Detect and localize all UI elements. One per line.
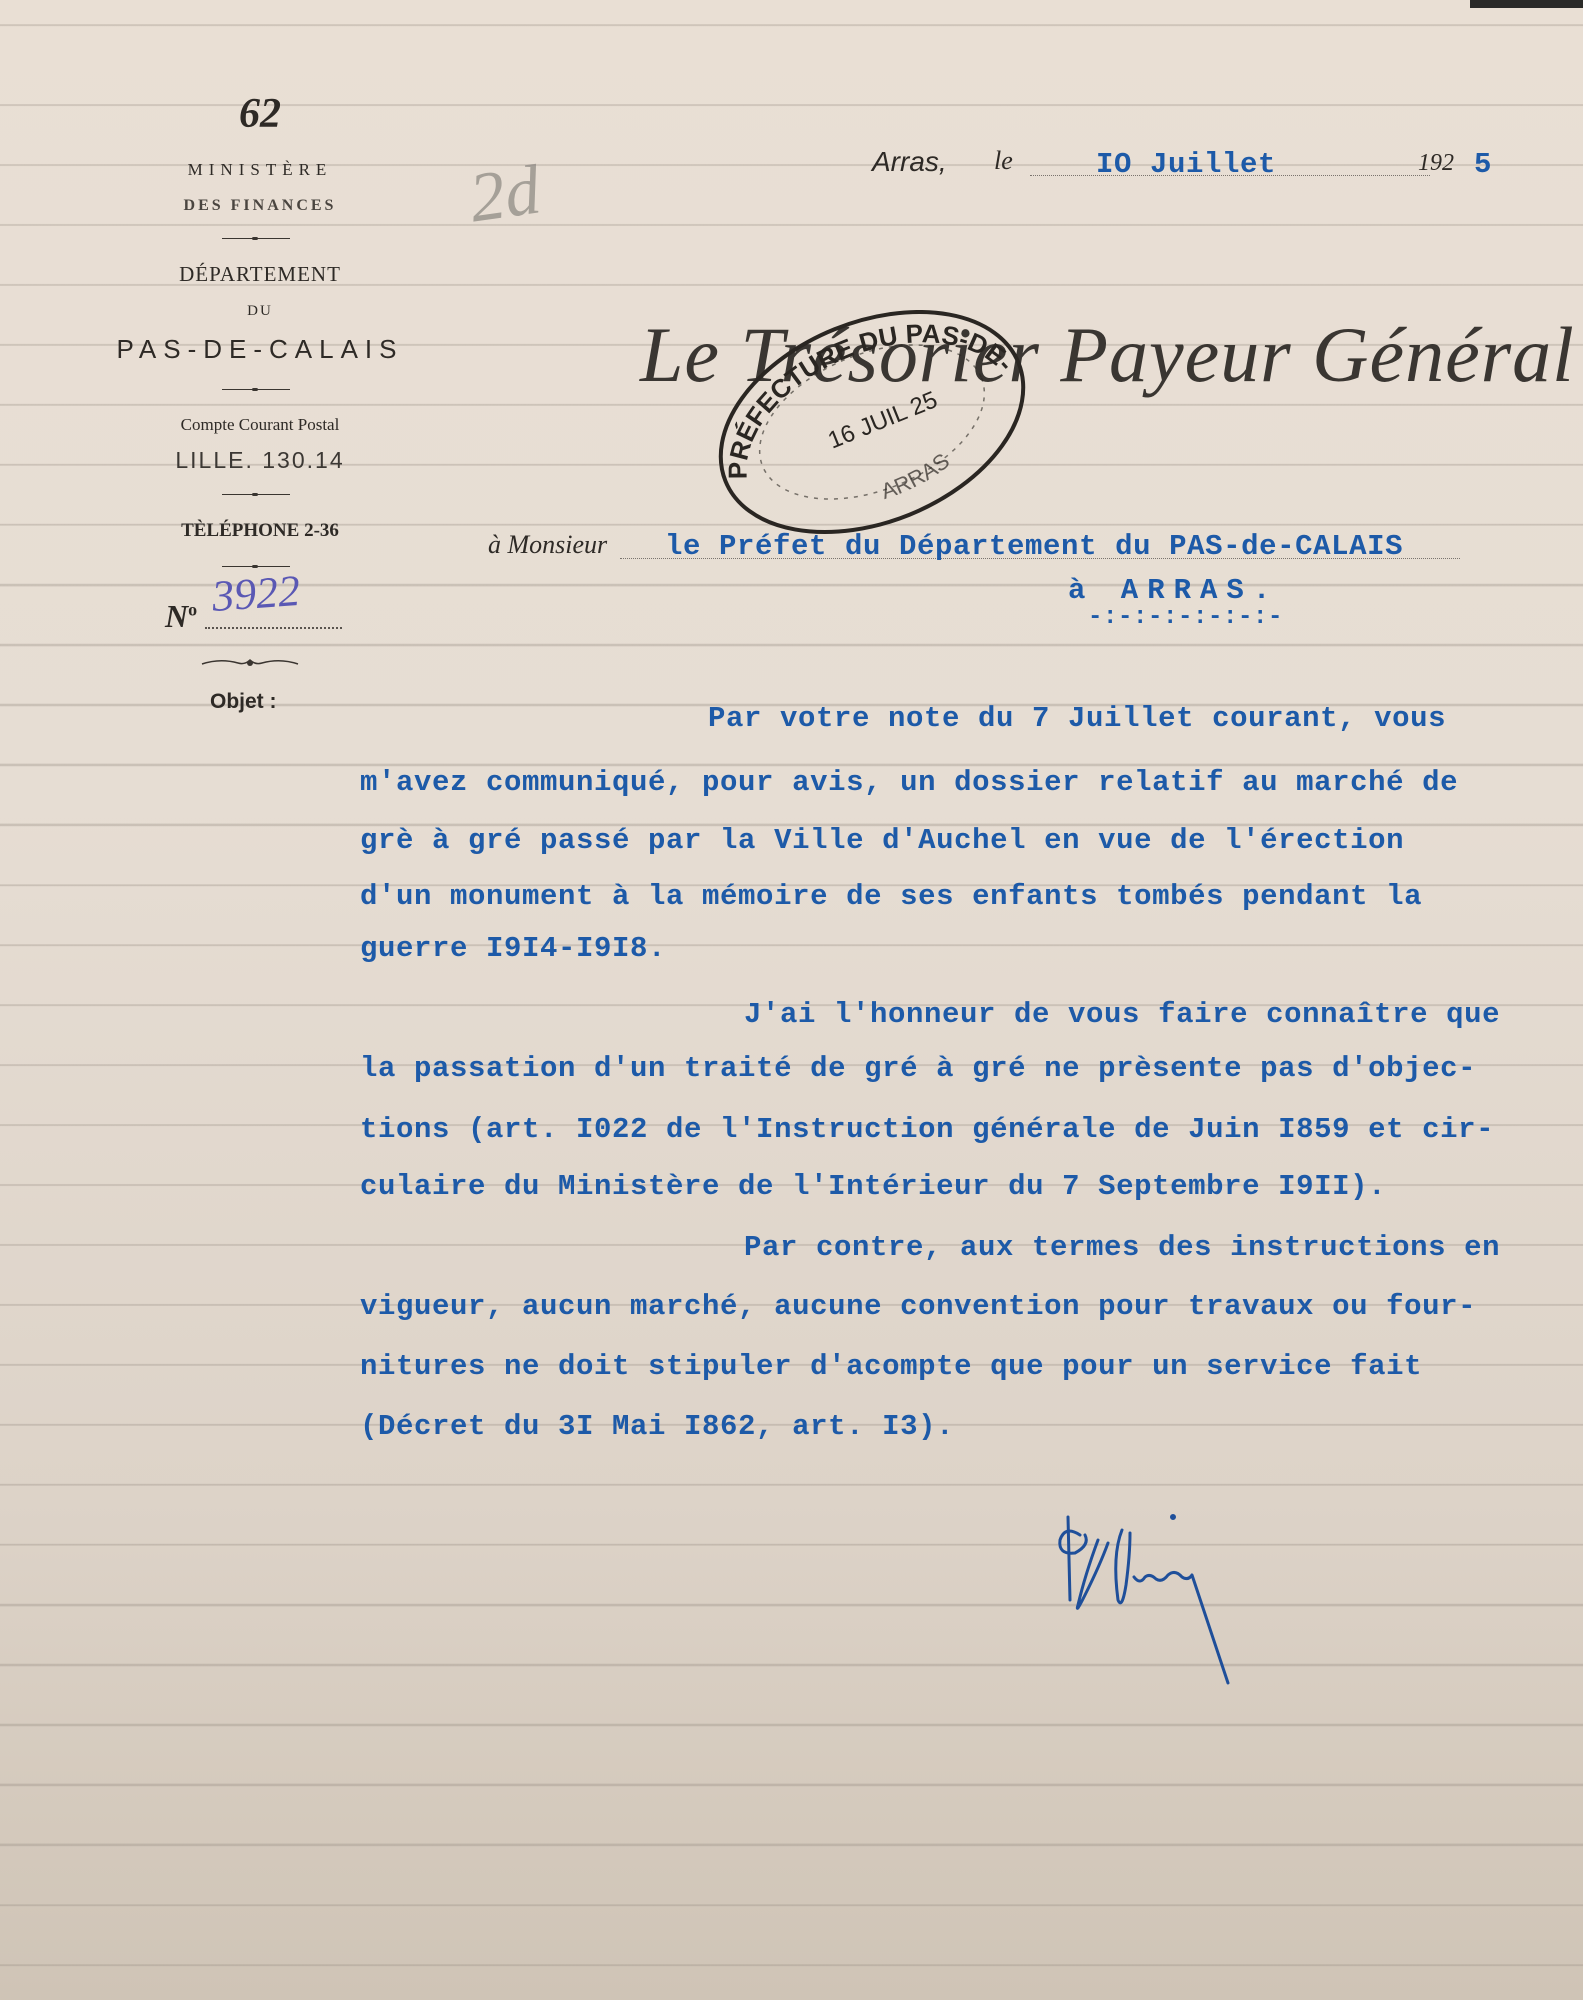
body-line: m'avez communiqué, pour avis, un dossier… <box>360 766 1458 799</box>
body-line: guerre I9I4-I9I8. <box>360 932 666 965</box>
year-printed: 192 <box>1418 150 1454 177</box>
divider <box>222 238 290 239</box>
handwritten-signature-icon <box>1030 1495 1260 1695</box>
telephone: TÈLÉPHONE 2-36 <box>90 520 430 542</box>
body-line: culaire du Ministère de l'Intérieur du 7… <box>360 1170 1386 1203</box>
number-label: No <box>165 598 197 635</box>
body-line: Par contre, aux termes des instructions … <box>744 1231 1500 1264</box>
letterhead-code: 62 <box>90 90 430 138</box>
number-label-text: N <box>165 598 188 634</box>
department-line3: PAS-DE-CALAIS <box>90 334 430 365</box>
stamp-text-top: PRÉFECTURE DU PAS-DE-CALAIS <box>705 310 1025 496</box>
body-line: nitures ne doit stipuler d'acompte que p… <box>360 1350 1422 1383</box>
object-label: Objet : <box>210 690 277 714</box>
stamp-date: 16 JUIL 25 <box>824 386 941 454</box>
department-line2: DU <box>90 303 430 320</box>
body-line: tions (art. I022 de l'Instruction généra… <box>360 1113 1494 1146</box>
date-le: le <box>994 146 1013 176</box>
date-place: Arras, <box>872 146 947 178</box>
pencil-annotation: 2d <box>465 151 545 240</box>
recipient-line1: le Préfet du Département du PAS-de-CALAI… <box>665 530 1403 563</box>
recipient-separator: -:-:-:-:-:-:- <box>1088 604 1283 631</box>
divider <box>222 389 290 390</box>
number-label-suffix: o <box>188 599 197 619</box>
date-typed: IO Juillet <box>1096 148 1276 181</box>
body-line: la passation d'un traité de gré à gré ne… <box>360 1052 1476 1085</box>
ministry-line1: MINISTÈRE <box>90 160 430 180</box>
year-typed: 5 <box>1474 148 1492 181</box>
body-line: J'ai l'honneur de vous faire connaître q… <box>744 998 1500 1031</box>
body-line: vigueur, aucun marché, aucune convention… <box>360 1290 1476 1323</box>
body-line: (Décret du 3I Mai I862, art. I3). <box>360 1410 954 1443</box>
body-line: grè à gré passé par la Ville d'Auchel en… <box>360 824 1404 857</box>
recipient-prefix: à Monsieur <box>488 530 607 560</box>
number-value: 3922 <box>210 565 301 622</box>
number-dotted-line <box>205 627 342 629</box>
divider <box>222 494 290 495</box>
ministry-line2: DES FINANCES <box>90 197 430 215</box>
department-line1: DÉPARTEMENT <box>90 262 430 287</box>
postal-account-value: LILLE. 130.14 <box>90 447 430 474</box>
postal-account-label: Compte Courant Postal <box>90 415 430 435</box>
body-line: Par votre note du 7 Juillet courant, vou… <box>708 702 1446 735</box>
body-line: d'un monument à la mémoire de ses enfant… <box>360 880 1422 913</box>
letter-page: 62 MINISTÈRE DES FINANCES DÉPARTEMENT DU… <box>0 0 1583 2000</box>
svg-text:PRÉFECTURE DU PAS-DE-CALAIS: PRÉFECTURE DU PAS-DE-CALAIS <box>705 310 1025 496</box>
ornament-icon <box>200 656 300 670</box>
recipient-line2: à ARRAS. <box>1068 574 1279 607</box>
prefecture-stamp-icon: PRÉFECTURE DU PAS-DE-CALAIS ARRAS 16 JUI… <box>705 310 1040 535</box>
